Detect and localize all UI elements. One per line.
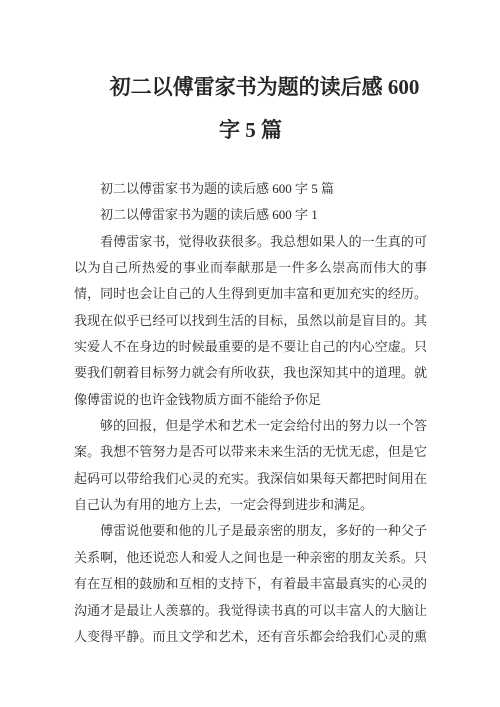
- document-body: 初二以傅雷家书为题的读后感 600 字 5 篇初二以傅雷家书为题的读后感 600…: [74, 176, 427, 650]
- text-line: 情，同时也会让自己的人生得到更加丰富和更加充实的经历。: [74, 281, 427, 307]
- text-line: 自己认为有用的地方上去，一定会得到进步和满足。: [74, 492, 427, 518]
- document-page: 初二以傅雷家书为题的读后感 600 字 5 篇 初二以傅雷家书为题的读后感 60…: [0, 0, 500, 707]
- title-line-1: 初二以傅雷家书为题的读后感 600: [88, 66, 441, 109]
- text-line: 人变得平静。而且文学和艺术，还有音乐都会给我们心灵的熏: [74, 624, 427, 650]
- text-line: 看傅雷家书，觉得收获很多。我总想如果人的一生真的可: [74, 229, 427, 255]
- document-title: 初二以傅雷家书为题的读后感 600 字 5 篇: [74, 66, 427, 152]
- text-line: 要我们朝着目标努力就会有所收获，我也深知其中的道理。就: [74, 360, 427, 386]
- text-line: 初二以傅雷家书为题的读后感 600 字 5 篇: [74, 176, 427, 202]
- text-line: 傅雷说他要和他的儿子是最亲密的朋友，多好的一种父子: [74, 518, 427, 544]
- text-line: 关系啊，他还说恋人和爱人之间也是一种亲密的朋友关系。只: [74, 545, 427, 571]
- text-line: 像傅雷说的也许金钱物质方面不能给予你足: [74, 387, 427, 413]
- text-line: 案。我想不管努力是否可以带来未来生活的无忧无虑，但是它: [74, 439, 427, 465]
- text-line: 够的回报，但是学术和艺术一定会给付出的努力以一个答: [74, 413, 427, 439]
- title-line-2: 字 5 篇: [74, 109, 427, 152]
- text-line: 有在互相的鼓励和互相的支持下，有着最丰富最真实的心灵的: [74, 571, 427, 597]
- text-line: 起码可以带给我们心灵的充实。我深信如果每天都把时间用在: [74, 466, 427, 492]
- text-line: 我现在似乎已经可以找到生活的目标，虽然以前是盲目的。其: [74, 308, 427, 334]
- text-line: 实爱人不在身边的时候最重要的是不要让自己的内心空虚。只: [74, 334, 427, 360]
- text-line: 以为自己所热爱的事业而奉献那是一件多么崇高而伟大的事: [74, 255, 427, 281]
- text-line: 初二以傅雷家书为题的读后感 600 字 1: [74, 202, 427, 228]
- text-line: 沟通才是最让人羡慕的。我觉得读书真的可以丰富人的大脑让: [74, 598, 427, 624]
